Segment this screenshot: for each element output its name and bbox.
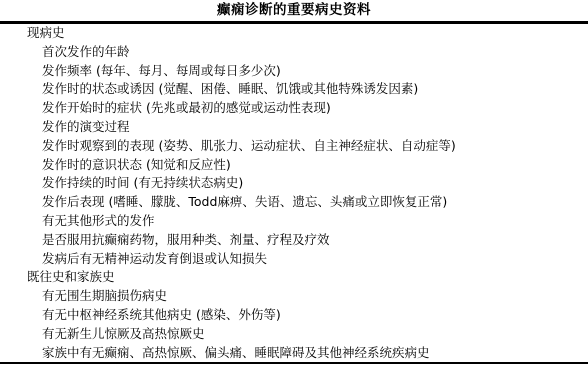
list-item: 家族中有无癫痫、高热惊厥、偏头痛、睡眠障碍及其他神经系统疾病史: [0, 344, 588, 363]
list-item: 有无其他形式的发作: [0, 212, 588, 231]
list-item: 发作开始时的症状 (先兆或最初的感觉或运动性表现): [0, 99, 588, 118]
section-header: 既往史和家族史: [0, 268, 588, 287]
list-item: 发作频率 (每年、每月、每周或每日多少次): [0, 62, 588, 81]
list-item: 有无新生儿惊厥及高热惊厥史: [0, 325, 588, 344]
list-item: 是否服用抗癫痫药物，服用种类、剂量、疗程及疗效: [0, 231, 588, 250]
table-title: 癫痫诊断的重要病史资料: [0, 0, 588, 21]
table-body: 现病史首次发作的年龄发作频率 (每年、每月、每周或每日多少次)发作时的状态或诱因…: [0, 24, 588, 362]
bottom-rule: [0, 362, 588, 365]
list-item: 发病后有无精神运动发育倒退或认知损失: [0, 250, 588, 269]
list-item: 发作后表现 (嗜睡、朦胧、Todd麻痹、失语、遗忘、头痛或立即恢复正常): [0, 193, 588, 212]
list-item: 有无围生期脑损伤病史: [0, 287, 588, 306]
section-header: 现病史: [0, 24, 588, 43]
list-item: 发作持续的时间 (有无持续状态病史): [0, 174, 588, 193]
list-item: 首次发作的年龄: [0, 43, 588, 62]
list-item: 发作时观察到的表现 (姿势、肌张力、运动症状、自主神经症状、自动症等): [0, 137, 588, 156]
list-item: 发作的演变过程: [0, 118, 588, 137]
history-table: 癫痫诊断的重要病史资料 现病史首次发作的年龄发作频率 (每年、每月、每周或每日多…: [0, 0, 588, 367]
list-item: 发作时的意识状态 (知觉和反应性): [0, 156, 588, 175]
list-item: 发作时的状态或诱因 (觉醒、困倦、睡眠、饥饿或其他特殊诱发因素): [0, 80, 588, 99]
list-item: 有无中枢神经系统其他病史 (感染、外伤等): [0, 306, 588, 325]
